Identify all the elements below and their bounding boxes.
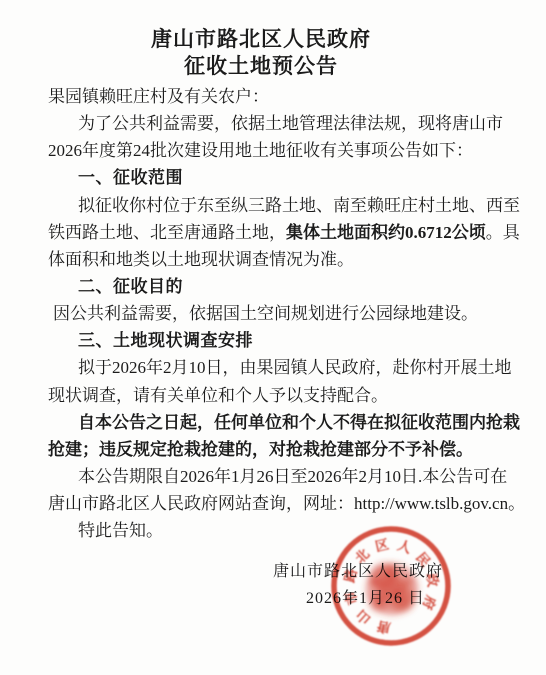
section2-heading: 二、征收目的 (48, 273, 534, 300)
section2-line-1: 因公共利益需要，依据国土空间规划进行公园绿地建设。 (48, 300, 534, 327)
period-line-2: 唐山市路北区人民政府网站查询，网址：http://www.tslb.gov.cn… (48, 490, 534, 517)
title-line-1: 唐山市路北区人民政府 (0, 26, 522, 53)
svg-text:唐: 唐 (375, 618, 392, 636)
section1-line2-pre: 铁西路土地、北至唐通路土地， (48, 223, 286, 242)
closing-line: 特此告知。 (48, 517, 534, 544)
section3-heading: 三、土地现状调查安排 (48, 327, 534, 354)
intro-line-2: 2026年度第24批次建设用地土地征收有关事项公告如下： (48, 137, 534, 164)
period-line-1: 本公告期限自2026年1月26日至2026年2月10日.本公告可在 (48, 463, 534, 490)
section1-line-3: 体面积和地类以土地现状调查情况为准。 (48, 246, 534, 273)
section1-line-2: 铁西路土地、北至唐通路土地，集体土地面积约0.6712公顷。具 (48, 219, 534, 246)
signature-block: 唐山市路北区人民政府 2026年1月26 日 (273, 558, 443, 612)
signature-date: 2026年1月26 日 (273, 585, 443, 612)
section1-heading: 一、征收范围 (48, 164, 534, 191)
section3-line-1: 拟于2026年2月10日，由果园镇人民政府，赴你村开展土地 (48, 354, 534, 381)
document-title: 唐山市路北区人民政府 征收土地预公告 (0, 26, 522, 80)
section1-line2-bold-area: 集体土地面积约0.6712公顷 (286, 223, 486, 242)
section1-line2-post: 。具 (486, 223, 520, 242)
document-page: 唐山市路北区人民政府 征收土地预公告 果园镇赖旺庄村及有关农户： 为了公共利益需… (0, 0, 546, 675)
section1-line-1: 拟征收你村位于东至纵三路土地、南至赖旺庄村土地、西至 (48, 192, 534, 219)
signature-issuer: 唐山市路北区人民政府 (273, 558, 443, 585)
intro-line-1: 为了公共利益需要，依据土地管理法律法规，现将唐山市 (48, 110, 534, 137)
section3-line-2: 现状调查，请有关单位和个人予以支持配合。 (48, 382, 534, 409)
warning-line-2: 抢建；违反规定抢栽抢建的，对抢栽抢建部分不予补偿。 (48, 436, 534, 463)
warning-line-1: 自本公告之日起，任何单位和个人不得在拟征收范围内抢栽 (48, 409, 534, 436)
notice-body: 果园镇赖旺庄村及有关农户： 为了公共利益需要，依据土地管理法律法规，现将唐山市 … (48, 83, 534, 544)
title-line-2: 征收土地预公告 (0, 53, 522, 80)
salutation: 果园镇赖旺庄村及有关农户： (48, 83, 534, 110)
